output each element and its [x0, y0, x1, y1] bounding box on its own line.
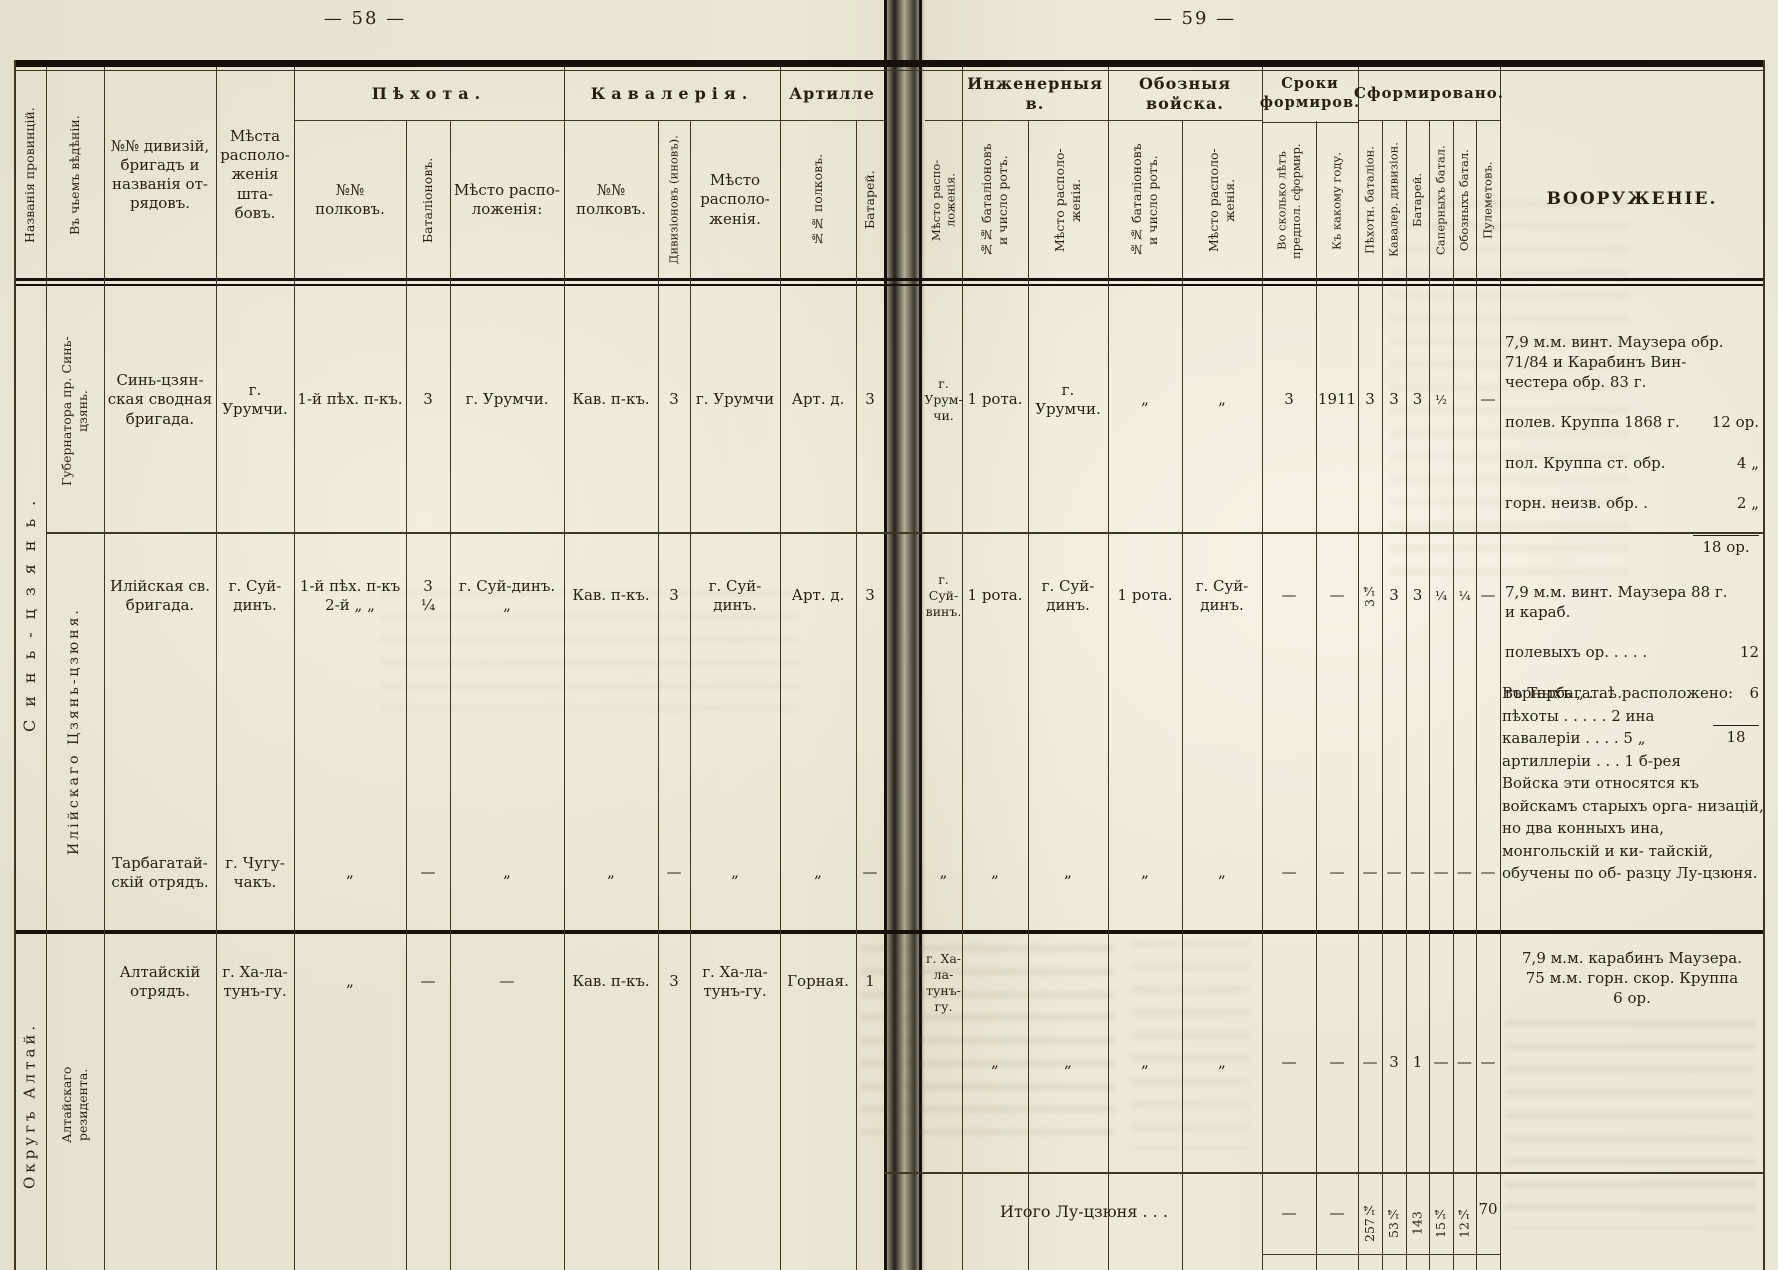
r1-unit: Синь-цзян- ская сводная бригада. — [104, 290, 216, 510]
r2-cav-location: г. Суй- динъ. — [690, 540, 780, 652]
totals-formed-cav: 53¼ — [1382, 1176, 1406, 1270]
rule — [1262, 122, 1358, 123]
tarbagatai-note: Въ Тарбагатаѣ расположено: пѣхоты . . . … — [1502, 682, 1764, 885]
r2-formed-inf: 3¼ — [1358, 540, 1382, 652]
totals-formed-train: 12¼ — [1453, 1176, 1476, 1270]
r2-cav-divisions: 3 — [658, 540, 690, 652]
r3-formed-inf: — — [1358, 845, 1382, 901]
r4-cav-divisions: 3 — [658, 938, 690, 1026]
gun-row: полевыхъ ор. . . . .12 — [1505, 642, 1759, 662]
r4-formed-bat: 1 — [1406, 1032, 1429, 1094]
r1-art-location: г. Урум- чи. — [925, 290, 962, 510]
r1-formed-cav: 3 — [1382, 290, 1406, 510]
page-number-right: — 59 — — [1130, 8, 1260, 29]
group-engineers: Инженерныя в. — [962, 72, 1108, 116]
header-inf-regiments: №№ полковъ. — [294, 122, 406, 278]
gun-row: полев. Круппа 1868 г.12 ор. — [1505, 412, 1759, 432]
header-formed-mg: Пулеметовъ. — [1476, 122, 1500, 278]
totals-formed-sap: 15¼ — [1429, 1176, 1453, 1270]
r2-formed-sap: ¼ — [1429, 540, 1453, 652]
r3-eng-battalions: „ — [962, 845, 1028, 901]
r2-unit: Илійская св. бригада. — [104, 540, 216, 652]
r1-formed-inf: 3 — [1358, 290, 1382, 510]
r1-formed-sap: ½ — [1429, 290, 1453, 510]
header-cav-divisions: Дивизіоновъ (иновъ). — [658, 122, 690, 278]
r1-formed-bat: 3 — [1406, 290, 1429, 510]
r1-inf-regiments: 1-й пѣх. п-къ. — [294, 290, 406, 510]
r1-armament-head: 7,9 м.м. винт. Маузера обр. 71/84 и Кара… — [1505, 332, 1759, 392]
header-provinces: Названія провинцій. — [14, 70, 46, 280]
header-term-years: Во сколько лѣтъ предпол. сформир. — [1262, 124, 1316, 278]
gun-row: пол. Круппа ст. обр.4 „ — [1505, 453, 1759, 473]
r1-cav-location: г. Урумчи — [690, 290, 780, 510]
r3-art-location: „ — [925, 845, 962, 901]
authority-altai: Алтайскаго резидента. — [46, 940, 104, 1270]
gun-name: пол. Круппа ст. обр. — [1505, 453, 1666, 473]
header-formed-cavalry: Кавалер. дивизіон. — [1382, 122, 1406, 278]
r2-inf-regiments: 1-й пѣх. п-къ 2-й „ „ — [294, 540, 406, 652]
r1-term-by: 1911 — [1316, 290, 1358, 510]
gun-row: горн. неизв. обр. .2 „ — [1505, 493, 1759, 513]
header-art-batteries: Батарей. — [856, 122, 884, 278]
r2-art-batteries: 3 — [856, 540, 884, 652]
r4-unit: Алтайскій отрядъ. — [104, 938, 216, 1026]
header-armament: ВООРУЖЕНІЕ. — [1500, 122, 1764, 278]
table-top-rule — [14, 60, 1764, 67]
rule — [962, 120, 1108, 121]
r4-term-years: — — [1262, 1032, 1316, 1094]
r4-formed-train: — — [1453, 1032, 1476, 1094]
r4-art-batteries: 1 — [856, 938, 884, 1026]
r3-formed-bat: — — [1406, 845, 1429, 901]
r1-eng-battalions: 1 рота. — [962, 290, 1028, 510]
r4-term-by: — — [1316, 1032, 1358, 1094]
r4-eng-location: „ — [1028, 1032, 1108, 1094]
gun-name: горн. неизв. обр. . — [1505, 493, 1648, 513]
r2-art-regiments: Арт. д. — [780, 540, 856, 652]
r3-unit: Тарбагатай- скій отрядъ. — [104, 845, 216, 901]
group-terms: Сроки формиров. — [1262, 68, 1358, 120]
r3-formed-mg: — — [1476, 845, 1500, 901]
r1-art-regiments: Арт. д. — [780, 290, 856, 510]
province-altai: Округъ Алтай. — [14, 940, 46, 1270]
r4-formed-inf: — — [1358, 1032, 1382, 1094]
r3-inf-battalions: — — [406, 845, 450, 901]
r1-formed-mg: — — [1476, 290, 1500, 510]
header-train-location: Мѣсто располо- женія. — [1182, 122, 1262, 278]
block-separator — [14, 930, 1764, 934]
gun-count: 12 ор. — [1712, 412, 1759, 432]
authority-ili: Илійскаго Цзянь-цзюня. — [46, 532, 104, 930]
gun-count: 4 „ — [1737, 453, 1759, 473]
group-formed: Сформировано. — [1358, 72, 1500, 116]
r2-term-by: — — [1316, 540, 1358, 652]
r1-cav-divisions: 3 — [658, 290, 690, 510]
header-formed-train: Обозныхъ батал. — [1453, 122, 1476, 278]
r4-inf-regiments: „ — [294, 938, 406, 1026]
r1-inf-location: г. Урумчи. — [450, 290, 564, 510]
header-divisions: №№ дивизій, бригадъ и названія от- рядов… — [104, 70, 216, 280]
totals-label: Итого Лу-цзюня . . . — [1000, 1198, 1300, 1226]
r2-train-battalions: 1 рота. — [1108, 540, 1182, 652]
group-cavalry: Кавалерія. — [564, 72, 780, 116]
r2-eng-battalions: 1 рота. — [962, 540, 1028, 652]
r4-art-location: г. Ха- ла- тунъ- гу. — [925, 938, 962, 1028]
header-formed-batteries: Батарей. — [1406, 122, 1429, 278]
r2-formed-bat: 3 — [1406, 540, 1429, 652]
header-inf-location: Мѣсто распо- ложенія: — [450, 122, 564, 278]
totals-rule — [884, 1172, 1764, 1174]
r1-hq: г. Урумчи. — [216, 290, 294, 510]
rule — [1108, 120, 1262, 121]
totals-formed-mg: 70 — [1476, 1192, 1500, 1228]
header-cav-location: Мѣсто располо- женія. — [690, 122, 780, 278]
header-bottom-rule — [14, 284, 1764, 286]
gun-count: 2 „ — [1737, 493, 1759, 513]
r4-train-location: „ — [1182, 1032, 1262, 1094]
r4-art-regiments: Горная. — [780, 938, 856, 1026]
r3-cav-location: „ — [690, 845, 780, 901]
r3-cav-regiments: „ — [564, 845, 658, 901]
r1-cav-regiments: Кав. п-къ. — [564, 290, 658, 510]
header-eng-location: Мѣсто располо- женія. — [1028, 122, 1108, 278]
header-art-regiments: №№ полковъ. — [780, 122, 856, 278]
scanned-book-spread: — 58 — — 59 — Названія провинцій. Въ чье… — [0, 0, 1778, 1270]
r2-train-location: г. Суй- динъ. — [1182, 540, 1262, 652]
r3-cav-divisions: — — [658, 845, 690, 901]
r2-eng-location: г. Суй- динъ. — [1028, 540, 1108, 652]
r4-formed-cav: 3 — [1382, 1032, 1406, 1094]
r2-formed-train: ¼ — [1453, 540, 1476, 652]
group-artillery: Артилле — [780, 72, 884, 116]
gun-total: 18 ор. — [1693, 535, 1759, 557]
rule — [780, 120, 884, 121]
r2-formed-cav: 3 — [1382, 540, 1406, 652]
totals-term-years: — — [1262, 1186, 1316, 1242]
r2-formed-mg: — — [1476, 540, 1500, 652]
r3-hq: г. Чугу- чакъ. — [216, 845, 294, 901]
r3-art-batteries: — — [856, 845, 884, 901]
header-hq: Мѣста располо- женія шта- бовъ. — [216, 70, 294, 280]
r3-formed-cav: — — [1382, 845, 1406, 901]
header-formed-infantry: Пѣхотн. баталіон. — [1358, 122, 1382, 278]
r2-armament-head: 7,9 м.м. винт. Маузера 88 г. и караб. — [1505, 582, 1759, 622]
group-infantry: Пѣхота. — [294, 72, 564, 116]
r4-armament: 7,9 м.м. карабинъ Маузера. 75 м.м. горн.… — [1505, 948, 1759, 1008]
r3-formed-train: — — [1453, 845, 1476, 901]
r4-inf-location: — — [450, 938, 564, 1026]
header-cav-regiments: №№ полковъ. — [564, 122, 658, 278]
r4-inf-battalions: — — [406, 938, 450, 1026]
r3-term-years: — — [1262, 845, 1316, 901]
header-term-by-year: Къ какому году. — [1316, 124, 1358, 278]
rule — [294, 120, 564, 121]
r1-art-batteries: 3 — [856, 290, 884, 510]
r3-inf-regiments: „ — [294, 845, 406, 901]
group-train: Обозныя войска. — [1108, 72, 1262, 116]
totals-formed-inf: 257¼ — [1358, 1176, 1382, 1270]
r1-inf-battalions: 3 — [406, 290, 450, 510]
header-eng-battalions: №№ баталіоновъ и число ротъ. — [962, 122, 1028, 278]
r1-term-years: 3 — [1262, 290, 1316, 510]
r3-art-regiments: „ — [780, 845, 856, 901]
r2-term-years: — — [1262, 540, 1316, 652]
r3-eng-location: „ — [1028, 845, 1108, 901]
r1-train-location: „ — [1182, 290, 1262, 510]
rule — [925, 120, 962, 121]
header-art-location: Мѣсто распо- ложенія. — [925, 122, 962, 278]
header-authority: Въ чьемъ вѣдѣніи. — [46, 70, 104, 280]
r4-cav-regiments: Кав. п-къ. — [564, 938, 658, 1026]
r4-train-battalions: „ — [1108, 1032, 1182, 1094]
authority-governor: Губернатора пр. Синь- цзянь. — [46, 290, 104, 532]
r2-hq: г. Суй- динъ. — [216, 540, 294, 652]
r4-formed-sap: — — [1429, 1032, 1453, 1094]
r4-formed-mg: — — [1476, 1032, 1500, 1094]
r3-train-battalions: „ — [1108, 845, 1182, 901]
r4-cav-location: г. Ха-ла- тунъ-гу. — [690, 938, 780, 1026]
gun-name: полевыхъ ор. . . . . — [1505, 642, 1647, 662]
r4-eng-battalions: „ — [962, 1032, 1028, 1094]
totals-term-by: — — [1316, 1186, 1358, 1242]
r2-inf-location: г. Суй-динъ. „ — [450, 540, 564, 652]
province-sin-tszyan: Синь-цзянь. — [14, 290, 46, 930]
page-number-left: — 58 — — [300, 8, 430, 29]
r1-eng-location: г. Урумчи. — [1028, 290, 1108, 510]
r1-armament: 7,9 м.м. винт. Маузера обр. 71/84 и Кара… — [1505, 312, 1759, 577]
gun-count: 12 — [1740, 642, 1759, 662]
r1-formed-train — [1453, 290, 1476, 510]
r4-hq: г. Ха-ла- тунъ-гу. — [216, 938, 294, 1026]
header-inf-battalions: Баталіоновъ. — [406, 122, 450, 278]
r3-inf-location: „ — [450, 845, 564, 901]
totals-formed-bat: 143 — [1406, 1176, 1429, 1270]
r3-formed-sap: — — [1429, 845, 1453, 901]
header-train-battalions: №№ баталіоновъ и число ротъ. — [1108, 122, 1182, 278]
rule — [564, 120, 780, 121]
r1-train-battalions: „ — [1108, 290, 1182, 510]
r3-term-by: — — [1316, 845, 1358, 901]
r2-inf-battalions: 3 ¼ — [406, 540, 450, 652]
r3-train-location: „ — [1182, 845, 1262, 901]
header-formed-sapper: Саперныхъ батал. — [1429, 122, 1453, 278]
r2-art-location: г. Суй- винъ. — [925, 540, 962, 652]
gun-name: полев. Круппа 1868 г. — [1505, 412, 1680, 432]
r2-cav-regiments: Кав. п-къ. — [564, 540, 658, 652]
bleed-through-ghost — [1505, 1020, 1755, 1230]
